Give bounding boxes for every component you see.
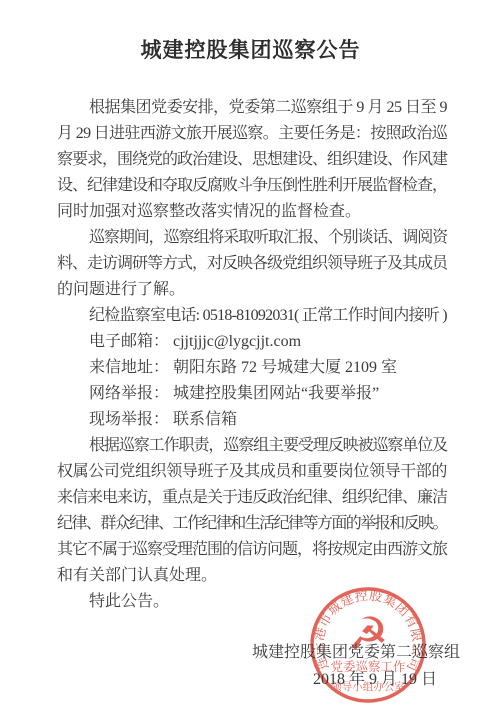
document-line: 察要求，围绕党的政治建设、思想建设、组织建设、作风建 xyxy=(57,147,447,173)
document-line: 权属公司党组织领导班子及其成员和重要岗位领导干部的 xyxy=(57,459,447,485)
signature-line: 城建控股集团党委第二巡察组 xyxy=(252,640,460,666)
document-line: 纪律、群众纪律、工作纪律和生活纪律等方面的举报和反映。 xyxy=(57,511,447,537)
document-line: 根据集团党委安排，党委第二巡察组于 9 月 25 日至 9 xyxy=(57,95,447,121)
document-line: 来信地址： 朝阳东路 72 号城建大厦 2109 室 xyxy=(57,355,447,381)
document-line: 的问题进行了解。 xyxy=(57,277,447,303)
document-line: 设、纪律建设和夺取反腐败斗争压倒性胜利开展监督检查， xyxy=(57,173,447,199)
document-line: 其它不属于巡察受理范围的信访问题，将按规定由西游文旅 xyxy=(57,537,447,563)
document-line: 纪检监察室电话: 0518-81092031( 正常工作时间内接听 ) xyxy=(57,303,447,329)
document-page: 城建控股集团巡察公告 根据集团党委安排，党委第二巡察组于 9 月 25 日至 9… xyxy=(0,0,501,725)
document-line: 现场举报： 联系信箱 xyxy=(57,407,447,433)
document-line: 巡察期间，巡察组将采取听取汇报、个别谈话、调阅资 xyxy=(57,225,447,251)
document-line: 同时加强对巡察整改落实情况的监督检查。 xyxy=(57,199,447,225)
document-line: 来信来电来访，重点是关于违反政治纪律、组织纪律、廉洁 xyxy=(57,485,447,511)
date-line: 2018 年 9 月 19 日 xyxy=(313,667,437,693)
document-line: 月 29 日进驻西游文旅开展巡察。主要任务是：按照政治巡 xyxy=(57,121,447,147)
document-body: 根据集团党委安排，党委第二巡察组于 9 月 25 日至 9月 29 日进驻西游文… xyxy=(57,95,447,615)
document-line: 料、走访调研等方式，对反映各级党组织领导班子及其成员 xyxy=(57,251,447,277)
document-line: 根据巡察工作职责，巡察组主要受理反映被巡察单位及 xyxy=(57,433,447,459)
document-title: 城建控股集团巡察公告 xyxy=(0,36,501,64)
document-line: 电子邮箱： cjjtjjjc@lygcjjt.com xyxy=(57,329,447,355)
document-line: 网络举报： 城建控股集团网站“我要举报” xyxy=(57,381,447,407)
